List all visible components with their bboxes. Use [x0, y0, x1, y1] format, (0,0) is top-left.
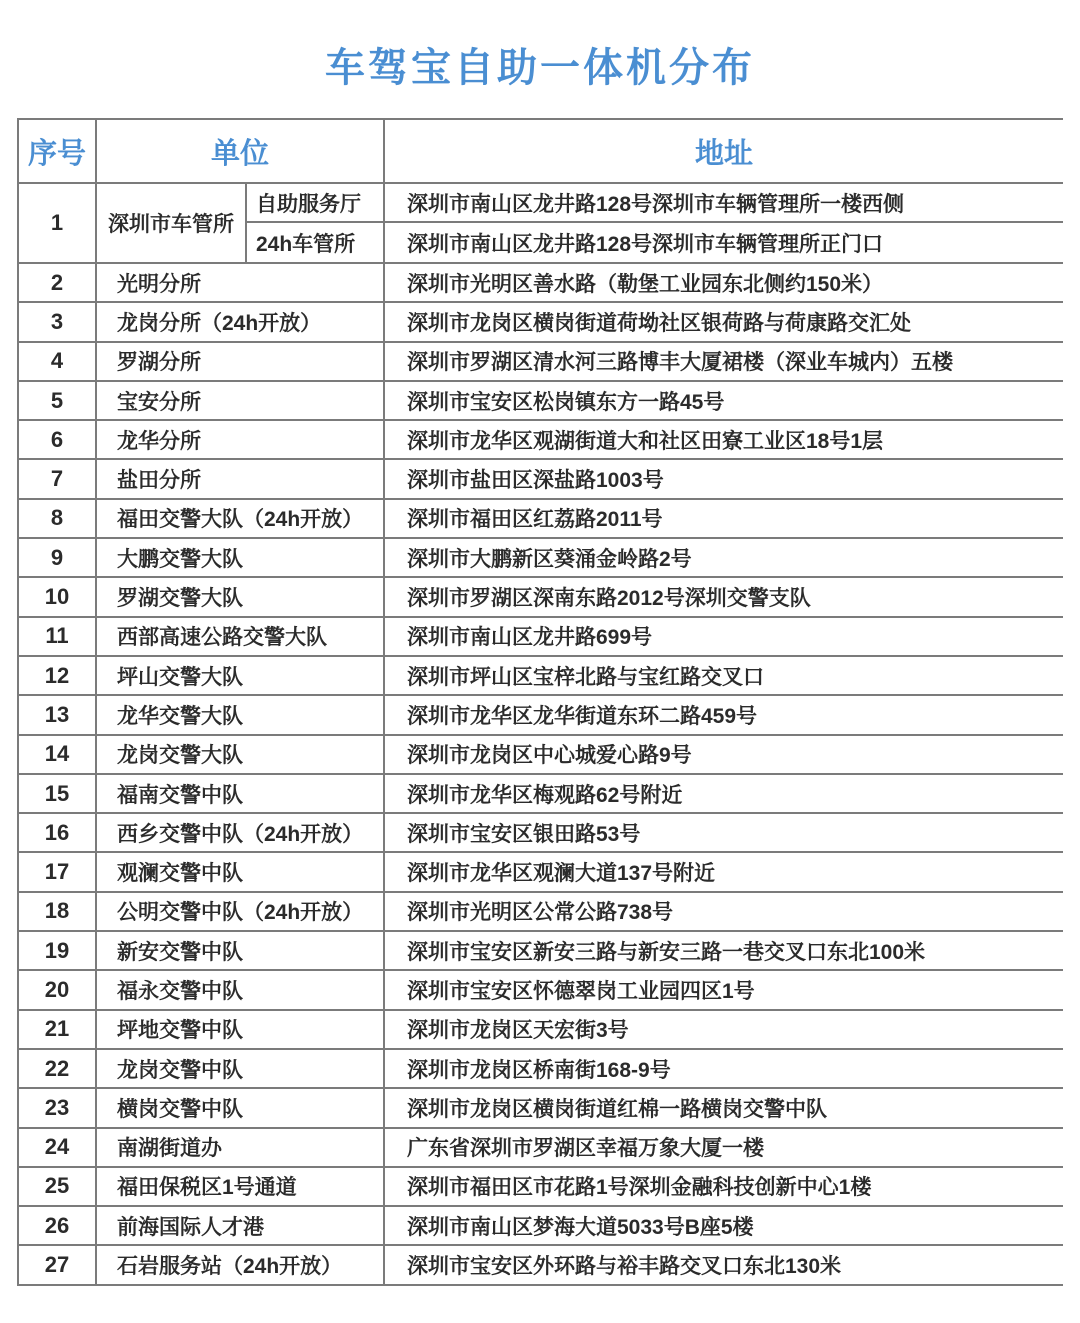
row-index: 2	[19, 264, 97, 301]
row-index: 11	[19, 618, 97, 655]
address-cell: 深圳市龙华区观澜大道137号附近	[385, 853, 1063, 890]
unit-cell: 龙岗分所（24h开放）	[97, 303, 385, 340]
subunit-cell: 自助服务厅	[247, 184, 385, 221]
address-cell: 深圳市福田区红荔路2011号	[385, 500, 1063, 537]
row-index: 17	[19, 853, 97, 890]
address-cell: 深圳市龙岗区横岗街道红棉一路横岗交警中队	[385, 1089, 1063, 1126]
unit-cell: 福田交警大队（24h开放）	[97, 500, 385, 537]
table-row: 8福田交警大队（24h开放）深圳市福田区红荔路2011号	[19, 500, 1063, 539]
unit-cell: 罗湖交警大队	[97, 578, 385, 615]
row-index: 1	[19, 184, 97, 262]
table-subrow: 24h车管所深圳市南山区龙井路128号深圳市车辆管理所正门口	[247, 223, 1063, 262]
unit-cell: 观澜交警中队	[97, 853, 385, 890]
header-unit: 单位	[97, 120, 385, 182]
table-row: 27石岩服务站（24h开放）深圳市宝安区外环路与裕丰路交叉口东北130米	[19, 1246, 1063, 1285]
table-row: 2光明分所深圳市光明区善水路（勒堡工业园东北侧约150米）	[19, 264, 1063, 303]
row-index: 23	[19, 1089, 97, 1126]
unit-cell: 坪地交警中队	[97, 1011, 385, 1048]
address-cell: 深圳市光明区善水路（勒堡工业园东北侧约150米）	[385, 264, 1063, 301]
unit-cell: 新安交警中队	[97, 932, 385, 969]
row-index: 7	[19, 460, 97, 497]
address-cell: 深圳市南山区龙井路128号深圳市车辆管理所正门口	[385, 223, 1063, 262]
unit-cell: 公明交警中队（24h开放）	[97, 893, 385, 930]
table-row: 16西乡交警中队（24h开放）深圳市宝安区银田路53号	[19, 814, 1063, 853]
table-row: 26前海国际人才港深圳市南山区梦海大道5033号B座5楼	[19, 1207, 1063, 1246]
row-index: 22	[19, 1050, 97, 1087]
unit-cell: 龙华分所	[97, 421, 385, 458]
table-row: 13龙华交警大队深圳市龙华区龙华街道东环二路459号	[19, 696, 1063, 735]
row-index: 19	[19, 932, 97, 969]
unit-cell: 罗湖分所	[97, 343, 385, 380]
address-cell: 深圳市龙岗区桥南街168-9号	[385, 1050, 1063, 1087]
table-row: 5宝安分所深圳市宝安区松岗镇东方一路45号	[19, 382, 1063, 421]
table-row: 12坪山交警大队深圳市坪山区宝梓北路与宝红路交叉口	[19, 657, 1063, 696]
subunit-cell: 24h车管所	[247, 223, 385, 262]
table-row: 25福田保税区1号通道深圳市福田区市花路1号深圳金融科技创新中心1楼	[19, 1168, 1063, 1207]
unit-cell: 龙华交警大队	[97, 696, 385, 733]
address-cell: 深圳市盐田区深盐路1003号	[385, 460, 1063, 497]
row-index: 24	[19, 1129, 97, 1166]
unit-cell: 南湖街道办	[97, 1129, 385, 1166]
unit-cell: 西乡交警中队（24h开放）	[97, 814, 385, 851]
row-index: 3	[19, 303, 97, 340]
table-row: 1深圳市车管所自助服务厅深圳市南山区龙井路128号深圳市车辆管理所一楼西侧24h…	[19, 184, 1063, 264]
table-subrow: 自助服务厅深圳市南山区龙井路128号深圳市车辆管理所一楼西侧	[247, 184, 1063, 223]
subrow-group: 自助服务厅深圳市南山区龙井路128号深圳市车辆管理所一楼西侧24h车管所深圳市南…	[247, 184, 1063, 262]
row-index: 12	[19, 657, 97, 694]
address-cell: 深圳市南山区龙井路699号	[385, 618, 1063, 655]
row-index: 18	[19, 893, 97, 930]
table-row: 24南湖街道办广东省深圳市罗湖区幸福万象大厦一楼	[19, 1129, 1063, 1168]
row-index: 6	[19, 421, 97, 458]
page-title: 车驾宝自助一体机分布	[0, 36, 1080, 93]
table-header-row: 序号 单位 地址	[19, 120, 1063, 184]
row-index: 20	[19, 971, 97, 1008]
table-row: 11西部高速公路交警大队深圳市南山区龙井路699号	[19, 618, 1063, 657]
table-row: 6龙华分所深圳市龙华区观湖街道大和社区田寮工业区18号1层	[19, 421, 1063, 460]
unit-cell: 深圳市车管所	[97, 184, 247, 262]
table-row: 20福永交警中队深圳市宝安区怀德翠岗工业园四区1号	[19, 971, 1063, 1010]
unit-cell: 福南交警中队	[97, 775, 385, 812]
address-cell: 深圳市罗湖区深南东路2012号深圳交警支队	[385, 578, 1063, 615]
unit-cell: 西部高速公路交警大队	[97, 618, 385, 655]
unit-cell: 坪山交警大队	[97, 657, 385, 694]
unit-cell: 盐田分所	[97, 460, 385, 497]
row-index: 16	[19, 814, 97, 851]
table-row: 17观澜交警中队深圳市龙华区观澜大道137号附近	[19, 853, 1063, 892]
row-index: 8	[19, 500, 97, 537]
address-cell: 深圳市龙华区观湖街道大和社区田寮工业区18号1层	[385, 421, 1063, 458]
row-index: 9	[19, 539, 97, 576]
table-row: 15福南交警中队深圳市龙华区梅观路62号附近	[19, 775, 1063, 814]
table-row: 3龙岗分所（24h开放）深圳市龙岗区横岗街道荷坳社区银荷路与荷康路交汇处	[19, 303, 1063, 342]
unit-cell: 光明分所	[97, 264, 385, 301]
address-cell: 深圳市福田区市花路1号深圳金融科技创新中心1楼	[385, 1168, 1063, 1205]
row-index: 27	[19, 1246, 97, 1283]
address-cell: 深圳市龙岗区中心城爱心路9号	[385, 736, 1063, 773]
row-index: 13	[19, 696, 97, 733]
table-row: 21坪地交警中队深圳市龙岗区天宏街3号	[19, 1011, 1063, 1050]
row-index: 15	[19, 775, 97, 812]
row-index: 21	[19, 1011, 97, 1048]
header-index: 序号	[19, 120, 97, 182]
unit-cell: 前海国际人才港	[97, 1207, 385, 1244]
address-cell: 深圳市龙岗区天宏街3号	[385, 1011, 1063, 1048]
row-index: 10	[19, 578, 97, 615]
table-row: 18公明交警中队（24h开放）深圳市光明区公常公路738号	[19, 893, 1063, 932]
row-index: 14	[19, 736, 97, 773]
address-cell: 深圳市宝安区新安三路与新安三路一巷交叉口东北100米	[385, 932, 1063, 969]
distribution-table: 序号 单位 地址 1深圳市车管所自助服务厅深圳市南山区龙井路128号深圳市车辆管…	[17, 118, 1063, 1286]
table-row: 22龙岗交警中队深圳市龙岗区桥南街168-9号	[19, 1050, 1063, 1089]
table-row: 14龙岗交警大队深圳市龙岗区中心城爱心路9号	[19, 736, 1063, 775]
unit-cell: 横岗交警中队	[97, 1089, 385, 1126]
table-body: 1深圳市车管所自助服务厅深圳市南山区龙井路128号深圳市车辆管理所一楼西侧24h…	[19, 184, 1063, 1286]
header-address: 地址	[385, 120, 1063, 182]
address-cell: 深圳市龙岗区横岗街道荷坳社区银荷路与荷康路交汇处	[385, 303, 1063, 340]
address-cell: 深圳市龙华区梅观路62号附近	[385, 775, 1063, 812]
table-row: 19新安交警中队深圳市宝安区新安三路与新安三路一巷交叉口东北100米	[19, 932, 1063, 971]
address-cell: 深圳市宝安区外环路与裕丰路交叉口东北130米	[385, 1246, 1063, 1283]
row-index: 5	[19, 382, 97, 419]
row-index: 25	[19, 1168, 97, 1205]
unit-cell: 福田保税区1号通道	[97, 1168, 385, 1205]
address-cell: 广东省深圳市罗湖区幸福万象大厦一楼	[385, 1129, 1063, 1166]
address-cell: 深圳市光明区公常公路738号	[385, 893, 1063, 930]
address-cell: 深圳市坪山区宝梓北路与宝红路交叉口	[385, 657, 1063, 694]
address-cell: 深圳市宝安区怀德翠岗工业园四区1号	[385, 971, 1063, 1008]
unit-cell: 宝安分所	[97, 382, 385, 419]
unit-cell: 福永交警中队	[97, 971, 385, 1008]
row-index: 26	[19, 1207, 97, 1244]
address-cell: 深圳市宝安区松岗镇东方一路45号	[385, 382, 1063, 419]
table-row: 7盐田分所深圳市盐田区深盐路1003号	[19, 460, 1063, 499]
address-cell: 深圳市南山区梦海大道5033号B座5楼	[385, 1207, 1063, 1244]
row-index: 4	[19, 343, 97, 380]
unit-cell: 龙岗交警大队	[97, 736, 385, 773]
table-row: 10罗湖交警大队深圳市罗湖区深南东路2012号深圳交警支队	[19, 578, 1063, 617]
address-cell: 深圳市罗湖区清水河三路博丰大厦裙楼（深业车城内）五楼	[385, 343, 1063, 380]
address-cell: 深圳市龙华区龙华街道东环二路459号	[385, 696, 1063, 733]
unit-cell: 龙岗交警中队	[97, 1050, 385, 1087]
unit-cell: 石岩服务站（24h开放）	[97, 1246, 385, 1283]
unit-cell: 大鹏交警大队	[97, 539, 385, 576]
address-cell: 深圳市宝安区银田路53号	[385, 814, 1063, 851]
table-row: 9大鹏交警大队深圳市大鹏新区葵涌金岭路2号	[19, 539, 1063, 578]
address-cell: 深圳市南山区龙井路128号深圳市车辆管理所一楼西侧	[385, 184, 1063, 221]
table-row: 23横岗交警中队深圳市龙岗区横岗街道红棉一路横岗交警中队	[19, 1089, 1063, 1128]
address-cell: 深圳市大鹏新区葵涌金岭路2号	[385, 539, 1063, 576]
table-row: 4罗湖分所深圳市罗湖区清水河三路博丰大厦裙楼（深业车城内）五楼	[19, 343, 1063, 382]
